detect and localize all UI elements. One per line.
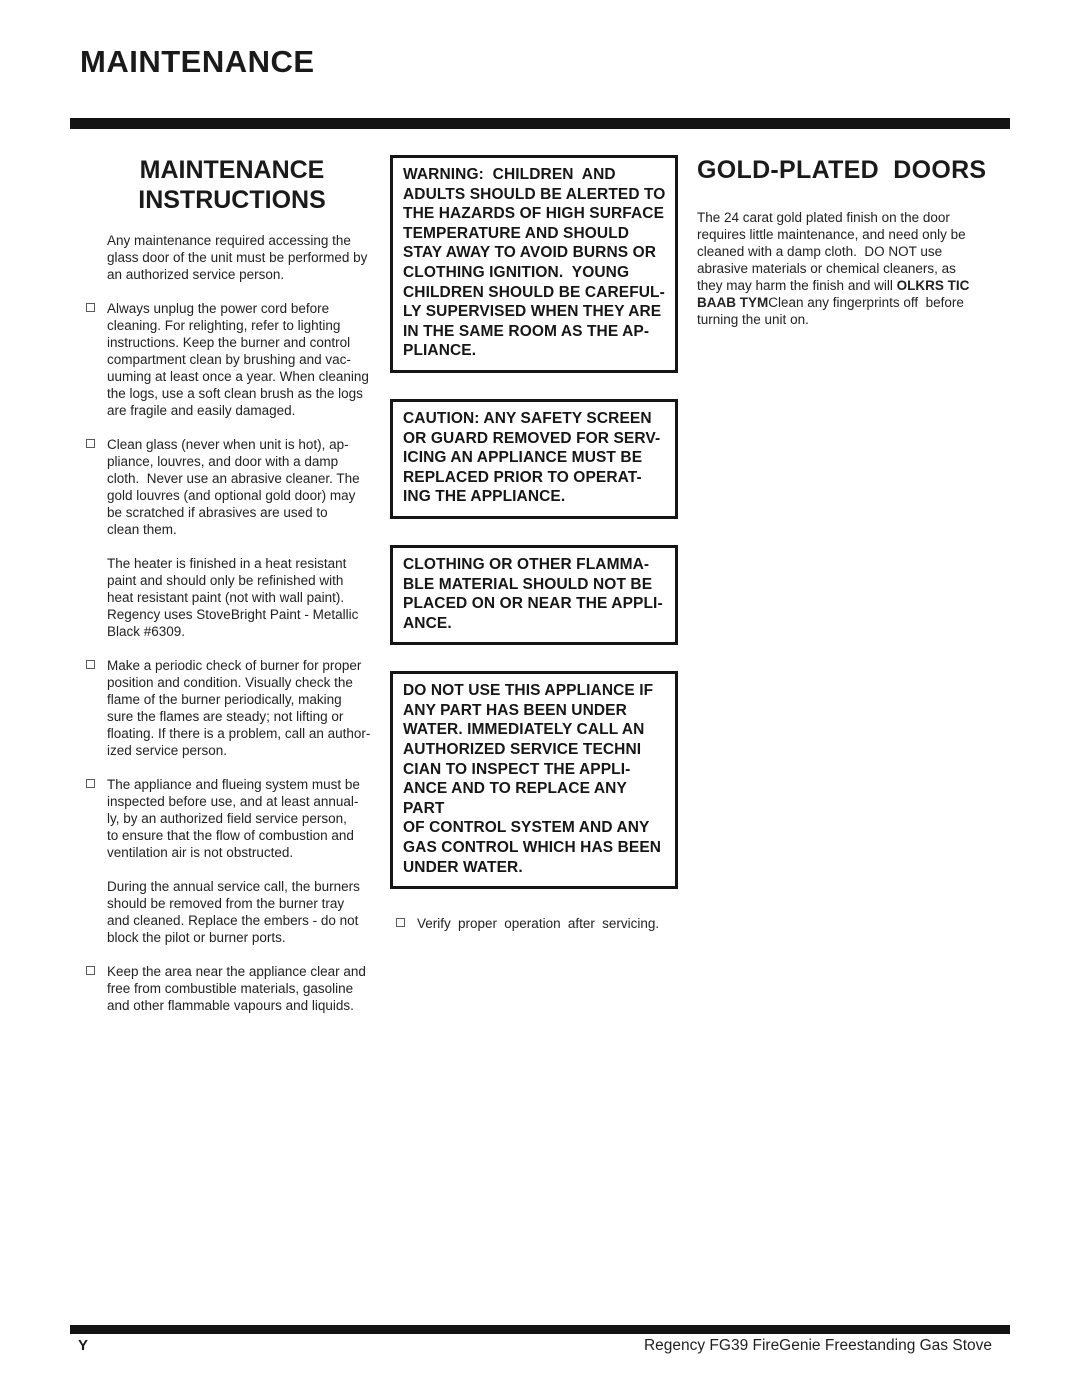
page-title: MAINTENANCE (80, 44, 315, 80)
checkbox-icon (86, 303, 95, 312)
list-item-text: Always unplug the power cord before clea… (107, 300, 369, 419)
list-item-burner-check: Make a periodic check of burner for prop… (85, 657, 379, 759)
list-item-text: Keep the area near the appliance clear a… (107, 963, 366, 1014)
gold-plated-doors-paragraph: The 24 carat gold plated finish on the d… (697, 209, 993, 328)
footer-divider (70, 1325, 1010, 1334)
gold-plated-doors-heading: GOLD-PLATED DOORS (697, 155, 993, 185)
checkbox-icon (86, 966, 95, 975)
clothing-flammable-box: CLOTHING OR OTHER FLAMMA- BLE MATERIAL S… (390, 545, 678, 645)
list-item-verify-operation: Verify proper operation after servicing. (390, 915, 678, 932)
under-water-box: DO NOT USE THIS APPLIANCE IF ANY PART HA… (390, 671, 678, 889)
checkbox-icon (396, 918, 405, 927)
list-item-text: The appliance and flueing system must be… (107, 776, 360, 861)
list-item-flueing-inspection: The appliance and flueing system must be… (85, 776, 379, 861)
list-item-text: Verify proper operation after servicing. (417, 915, 659, 932)
list-item-text: Clean glass (never when unit is hot), ap… (107, 436, 360, 538)
checkbox-icon (86, 660, 95, 669)
gold-plated-doors-section: GOLD-PLATED DOORS The 24 carat gold plat… (697, 155, 993, 328)
list-item-unplug: Always unplug the power cord before clea… (85, 300, 379, 419)
intro-paragraph: Any maintenance required accessing the g… (85, 232, 379, 283)
caution-text: CAUTION: ANY SAFETY SCREEN OR GUARD REMO… (403, 409, 667, 507)
footer-product-name: Regency FG39 FireGenie Freestanding Gas … (644, 1337, 992, 1355)
list-item-text: Make a periodic check of burner for prop… (107, 657, 370, 759)
warning-text: WARNING: CHILDREN AND ADULTS SHOULD BE A… (403, 165, 667, 361)
under-water-warning-text: DO NOT USE THIS APPLIANCE IF ANY PART HA… (403, 681, 667, 877)
manual-page: MAINTENANCE MAINTENANCE INSTRUCTIONS Any… (0, 0, 1080, 1397)
clothing-warning-text: CLOTHING OR OTHER FLAMMA- BLE MATERIAL S… (403, 555, 667, 633)
top-divider (70, 118, 1010, 129)
caution-safety-screen-box: CAUTION: ANY SAFETY SCREEN OR GUARD REMO… (390, 399, 678, 519)
maintenance-instructions-section: MAINTENANCE INSTRUCTIONS Any maintenance… (85, 155, 379, 1031)
warning-children-box: WARNING: CHILDREN AND ADULTS SHOULD BE A… (390, 155, 678, 373)
list-item-keep-clear: Keep the area near the appliance clear a… (85, 963, 379, 1014)
list-item-clean-glass: Clean glass (never when unit is hot), ap… (85, 436, 379, 538)
maintenance-instructions-heading: MAINTENANCE INSTRUCTIONS (85, 155, 379, 215)
heater-paint-paragraph: The heater is finished in a heat resista… (85, 555, 379, 640)
footer-page-mark: Y (78, 1337, 88, 1354)
annual-service-paragraph: During the annual service call, the burn… (85, 878, 379, 946)
checkbox-icon (86, 439, 95, 448)
warnings-column: WARNING: CHILDREN AND ADULTS SHOULD BE A… (390, 155, 678, 949)
checkbox-icon (86, 779, 95, 788)
